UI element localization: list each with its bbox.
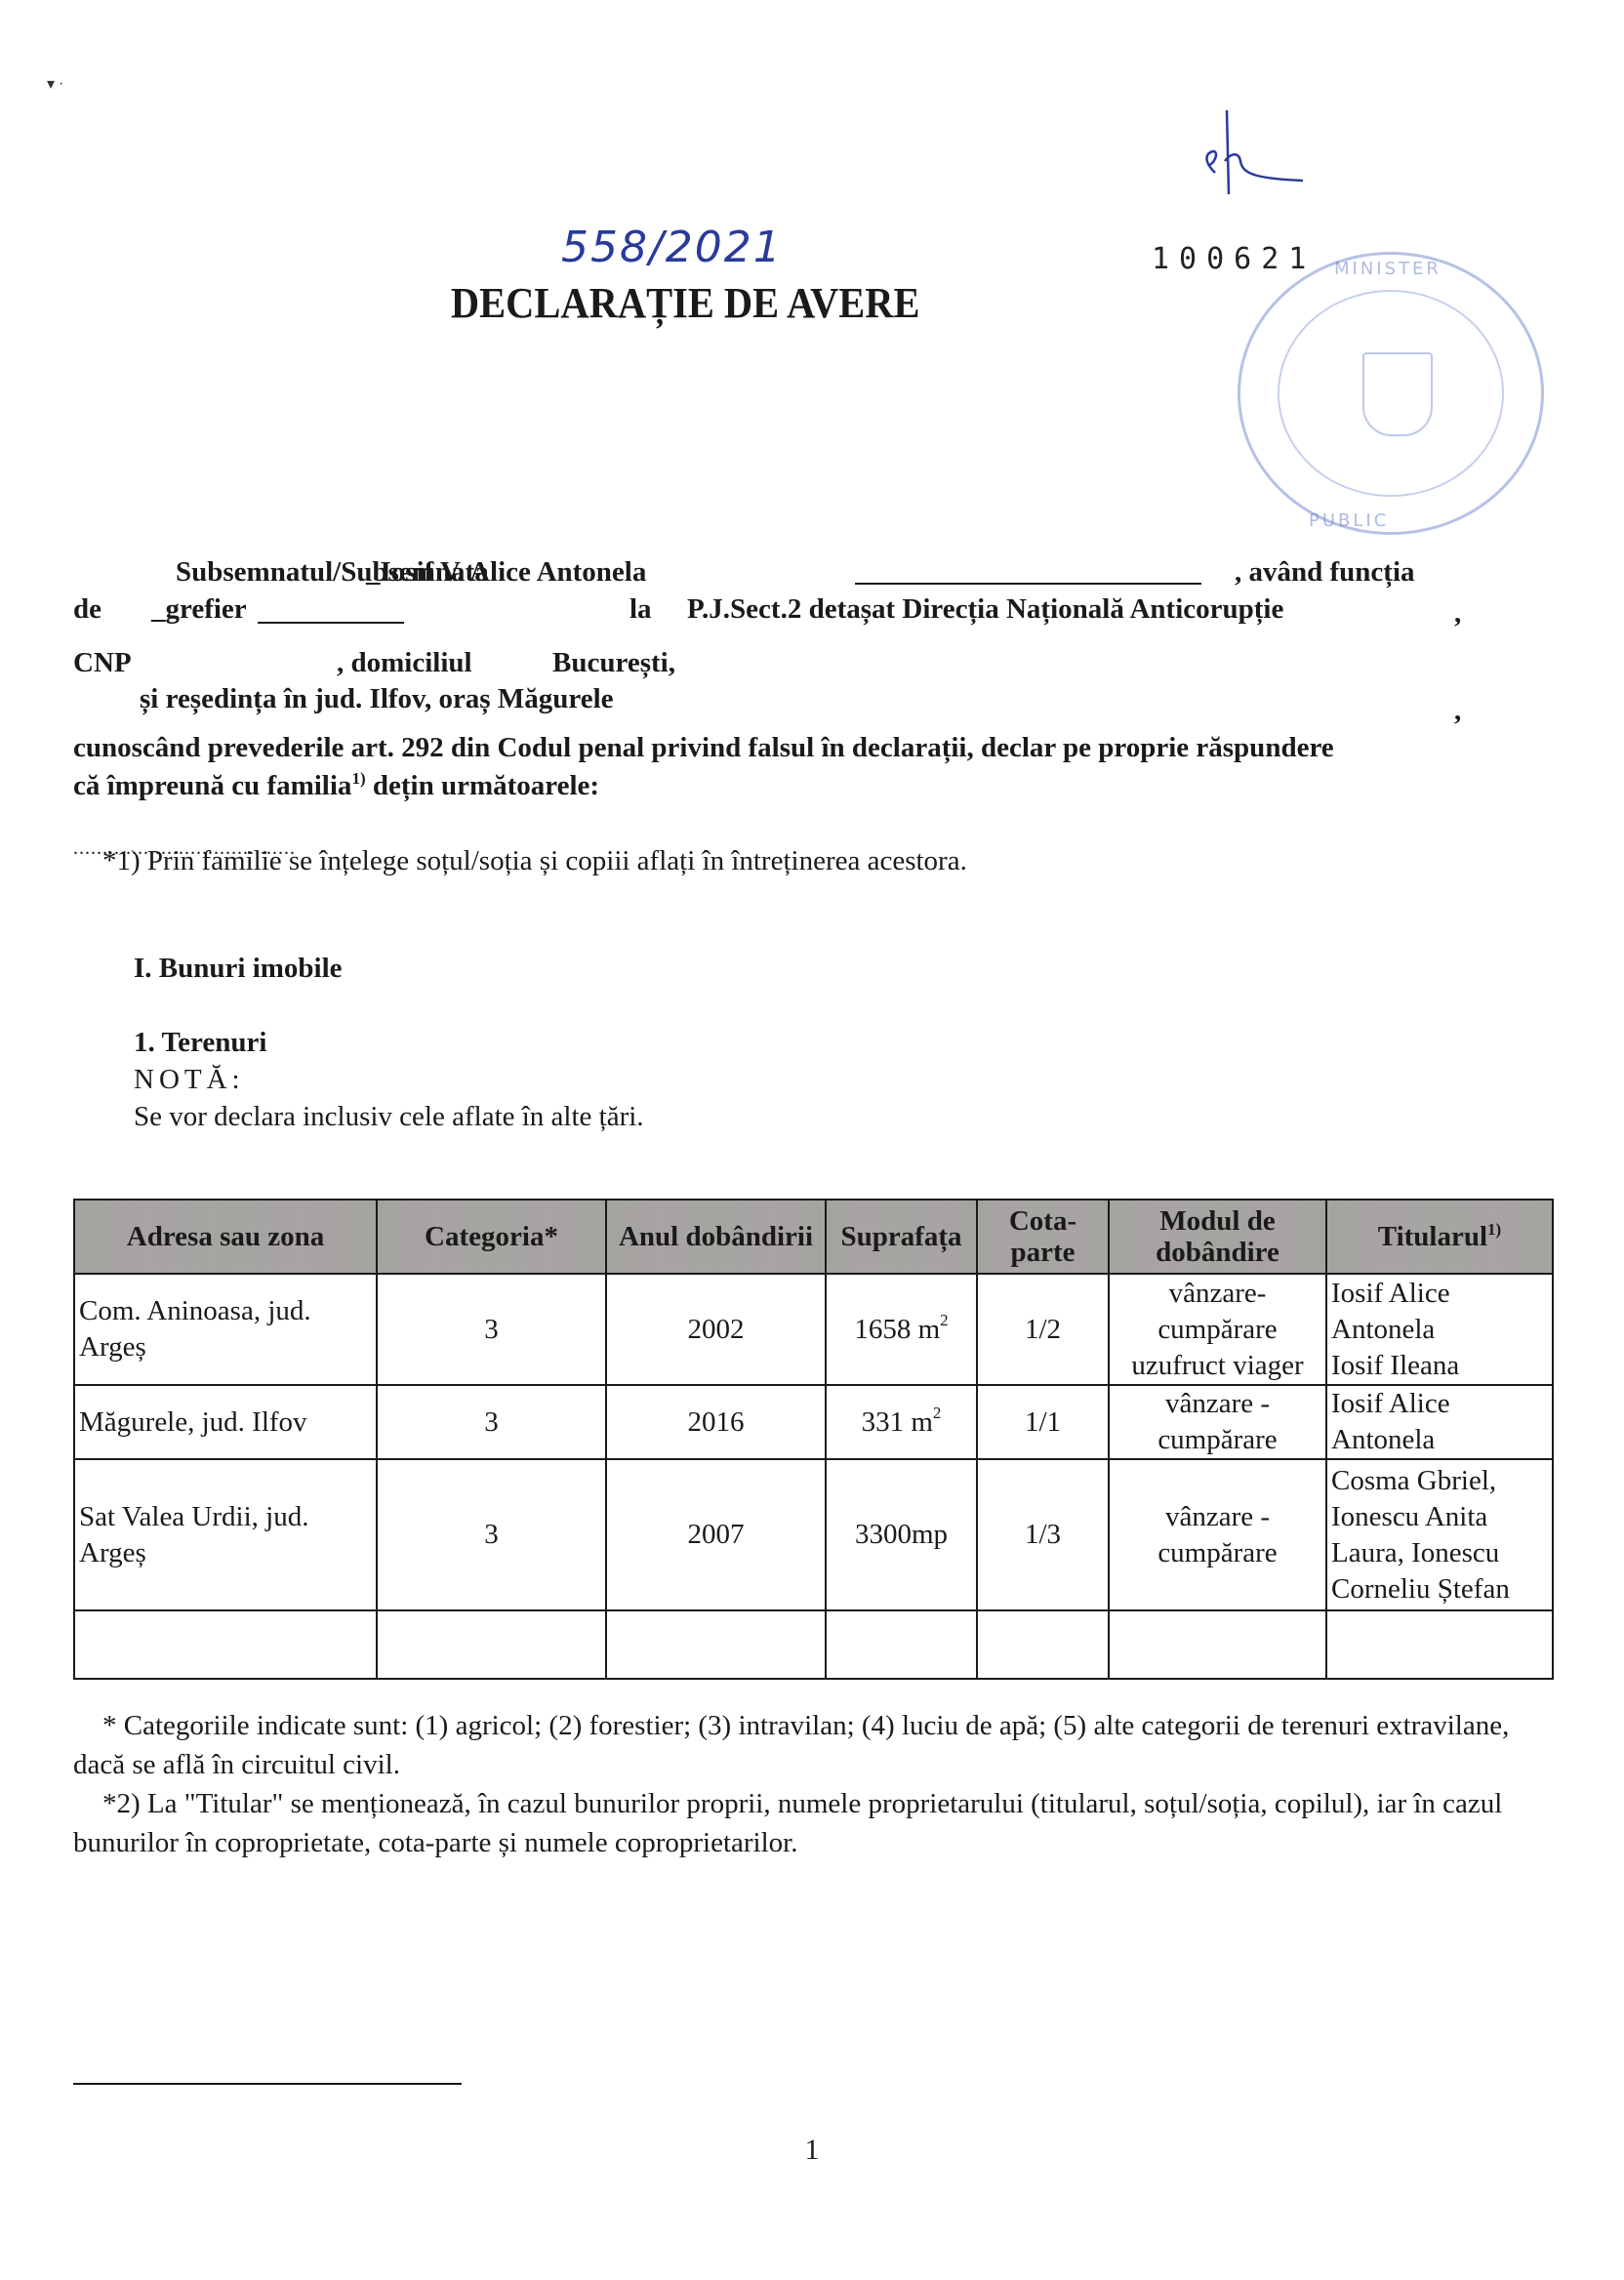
footnote-categories: * Categoriile indicate sunt: (1) agricol…	[73, 1706, 1552, 1784]
col-header-share: Cota-parte	[977, 1200, 1109, 1274]
cell-address: Com. Aninoasa, jud. Argeș	[74, 1274, 377, 1385]
nota-label: NOTĂ:	[134, 1064, 245, 1096]
domicile-value: București,	[552, 647, 675, 679]
name-underline	[855, 561, 1201, 585]
function-underline	[258, 600, 404, 624]
table-row: Sat Valea Urdii, jud. Argeș320073300mp1/…	[74, 1459, 1553, 1610]
page-title: DECLARAȚIE DE AVERE	[0, 278, 1624, 328]
registration-number: 100621	[1152, 242, 1316, 276]
cell-year: 2016	[606, 1385, 826, 1459]
cell-mode: vânzare-cumpărareuzufruct viager	[1109, 1274, 1326, 1385]
label-la: la	[629, 593, 652, 626]
cell-share: 1/2	[977, 1274, 1109, 1385]
label-domiciliul: , domiciliul	[337, 647, 472, 679]
comma-2: ,	[1454, 695, 1461, 727]
col-header-owner: Titularul1)	[1326, 1200, 1553, 1274]
cell-owner: Cosma Gbriel,Ionescu AnitaLaura, Ionescu…	[1326, 1459, 1553, 1610]
cell-year: 2002	[606, 1274, 826, 1385]
cell-mode	[1109, 1610, 1326, 1679]
comma: ,	[1454, 597, 1461, 630]
family-note: *1) Prin familie se înțelege soțul/soția…	[102, 845, 967, 877]
cell-address: Sat Valea Urdii, jud. Argeș	[74, 1459, 377, 1610]
signature-icon	[1176, 102, 1313, 200]
cell-share: 1/1	[977, 1385, 1109, 1459]
label-cnp: CNP	[73, 647, 132, 679]
coat-of-arms-icon	[1362, 352, 1433, 436]
nota-text: Se vor declara inclusiv cele aflate în a…	[134, 1101, 644, 1133]
statement-line-1: cunoscând prevederile art. 292 din Codul…	[73, 732, 1334, 764]
footnotes: * Categoriile indicate sunt: (1) agricol…	[73, 1706, 1552, 1862]
cell-owner: Iosif AliceAntonela	[1326, 1385, 1553, 1459]
cell-area: 1658 m2	[826, 1274, 977, 1385]
col-header-area: Suprafața	[826, 1200, 977, 1274]
cell-category: 3	[377, 1385, 606, 1459]
table-row	[74, 1610, 1553, 1679]
cell-year	[606, 1610, 826, 1679]
institution-value: P.J.Sect.2 detașat Direcția Națională An…	[687, 593, 1283, 626]
col-header-mode: Modul de dobândire	[1109, 1200, 1326, 1274]
terenuri-table: Adresa sau zona Categoria* Anul dobândir…	[73, 1199, 1554, 1680]
cell-category	[377, 1610, 606, 1679]
table-row: Măgurele, jud. Ilfov32016331 m21/1vânzar…	[74, 1385, 1553, 1459]
cell-mode: vânzare -cumpărare	[1109, 1385, 1326, 1459]
scan-artifact: ▾ ·	[47, 74, 63, 94]
cell-address	[74, 1610, 377, 1679]
cell-year: 2007	[606, 1459, 826, 1610]
col-header-category: Categoria*	[377, 1200, 606, 1274]
footnote-rule	[73, 2083, 462, 2085]
residence-value: și reședința în jud. Ilfov, oraș Măgurel…	[140, 683, 614, 715]
col-header-year: Anul dobândirii	[606, 1200, 826, 1274]
cell-category: 3	[377, 1274, 606, 1385]
cell-mode: vânzare -cumpărare	[1109, 1459, 1326, 1610]
subsection-title: 1. Terenuri	[134, 1027, 266, 1059]
cell-owner	[1326, 1610, 1553, 1679]
cell-area	[826, 1610, 977, 1679]
label-de: de	[73, 593, 101, 626]
cell-share: 1/3	[977, 1459, 1109, 1610]
table-row: Com. Aninoasa, jud. Argeș320021658 m21/2…	[74, 1274, 1553, 1385]
cell-owner: Iosif AliceAntonelaIosif Ileana	[1326, 1274, 1553, 1385]
label-functia: , având funcția	[1235, 556, 1415, 589]
function-value: _grefier	[151, 593, 247, 626]
cell-share	[977, 1610, 1109, 1679]
cell-area: 3300mp	[826, 1459, 977, 1610]
table-header-row: Adresa sau zona Categoria* Anul dobândir…	[74, 1200, 1553, 1274]
cell-category: 3	[377, 1459, 606, 1610]
col-header-address: Adresa sau zona	[74, 1200, 377, 1274]
cell-address: Măgurele, jud. Ilfov	[74, 1385, 377, 1459]
statement-line-2: că împreună cu familia1) dețin următoare…	[73, 770, 599, 802]
declarant-name: _Iosif V. Alice Antonela	[366, 556, 646, 589]
page-number: 1	[0, 2134, 1624, 2167]
section-title: I. Bunuri imobile	[134, 953, 343, 985]
cell-area: 331 m2	[826, 1385, 977, 1459]
footnote-titular: *2) La "Titular" se menționează, în cazu…	[73, 1784, 1552, 1862]
handwritten-number: 558/2021	[561, 223, 783, 272]
